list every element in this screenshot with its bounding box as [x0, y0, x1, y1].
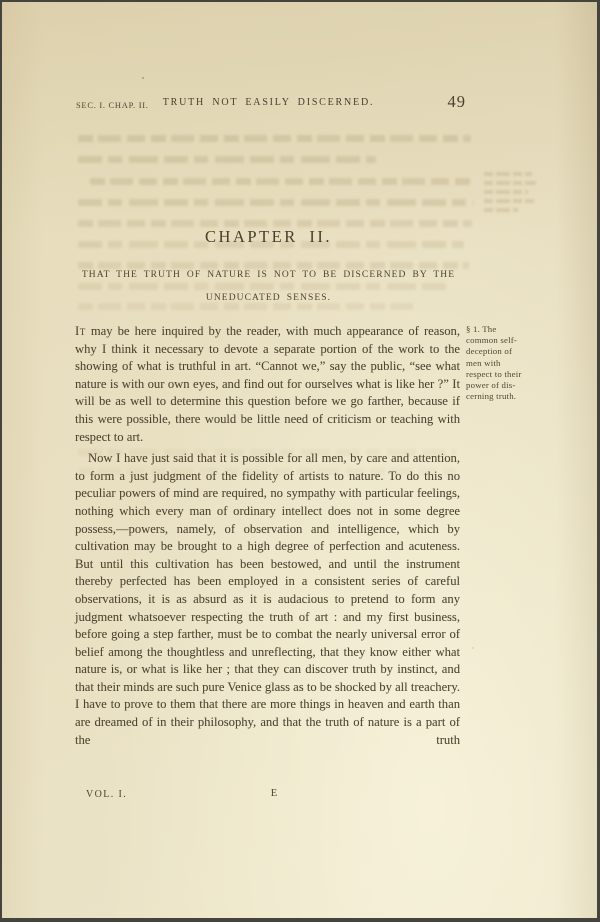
- signature-mark: E: [264, 788, 284, 799]
- paragraph-2: Now I have just said that it is possible…: [75, 450, 460, 749]
- chapter-title: CHAPTER II.: [77, 227, 460, 247]
- sidenote-line: men with: [466, 358, 546, 369]
- chapter-subtitle-line-2: UNEDUCATED SENSES.: [57, 293, 480, 303]
- sidenote-line: § 1. The: [466, 324, 546, 335]
- sidenote-line: respect to their: [466, 369, 546, 380]
- sidenote-line: deception of: [466, 346, 546, 357]
- sidenote-line: cerning truth.: [466, 391, 546, 402]
- volume-label: VOL. I.: [86, 789, 127, 800]
- chapter-subtitle-line-1: THAT THE TRUTH OF NATURE IS NOT TO BE DI…: [57, 270, 480, 280]
- scan-frame: SEC. I. CHAP. II. TRUTH NOT EASILY DISCE…: [0, 0, 600, 922]
- sidenote-line: power of dis-: [466, 380, 546, 391]
- book-page: SEC. I. CHAP. II. TRUTH NOT EASILY DISCE…: [2, 2, 597, 918]
- sidenote-line: common self-: [466, 335, 546, 346]
- body-text: It may be here inquired by the reader, w…: [75, 323, 460, 749]
- paragraph-1-lead-word: It: [75, 324, 86, 338]
- paragraph-1: It may be here inquired by the reader, w…: [75, 323, 460, 446]
- page-number: 49: [422, 92, 466, 112]
- paragraph-1-text: may be here inquired by the reader, with…: [75, 324, 460, 444]
- sidenote: § 1. The common self- deception of men w…: [466, 324, 546, 402]
- running-head-title: TRUTH NOT EASILY DISCERNED.: [77, 97, 460, 108]
